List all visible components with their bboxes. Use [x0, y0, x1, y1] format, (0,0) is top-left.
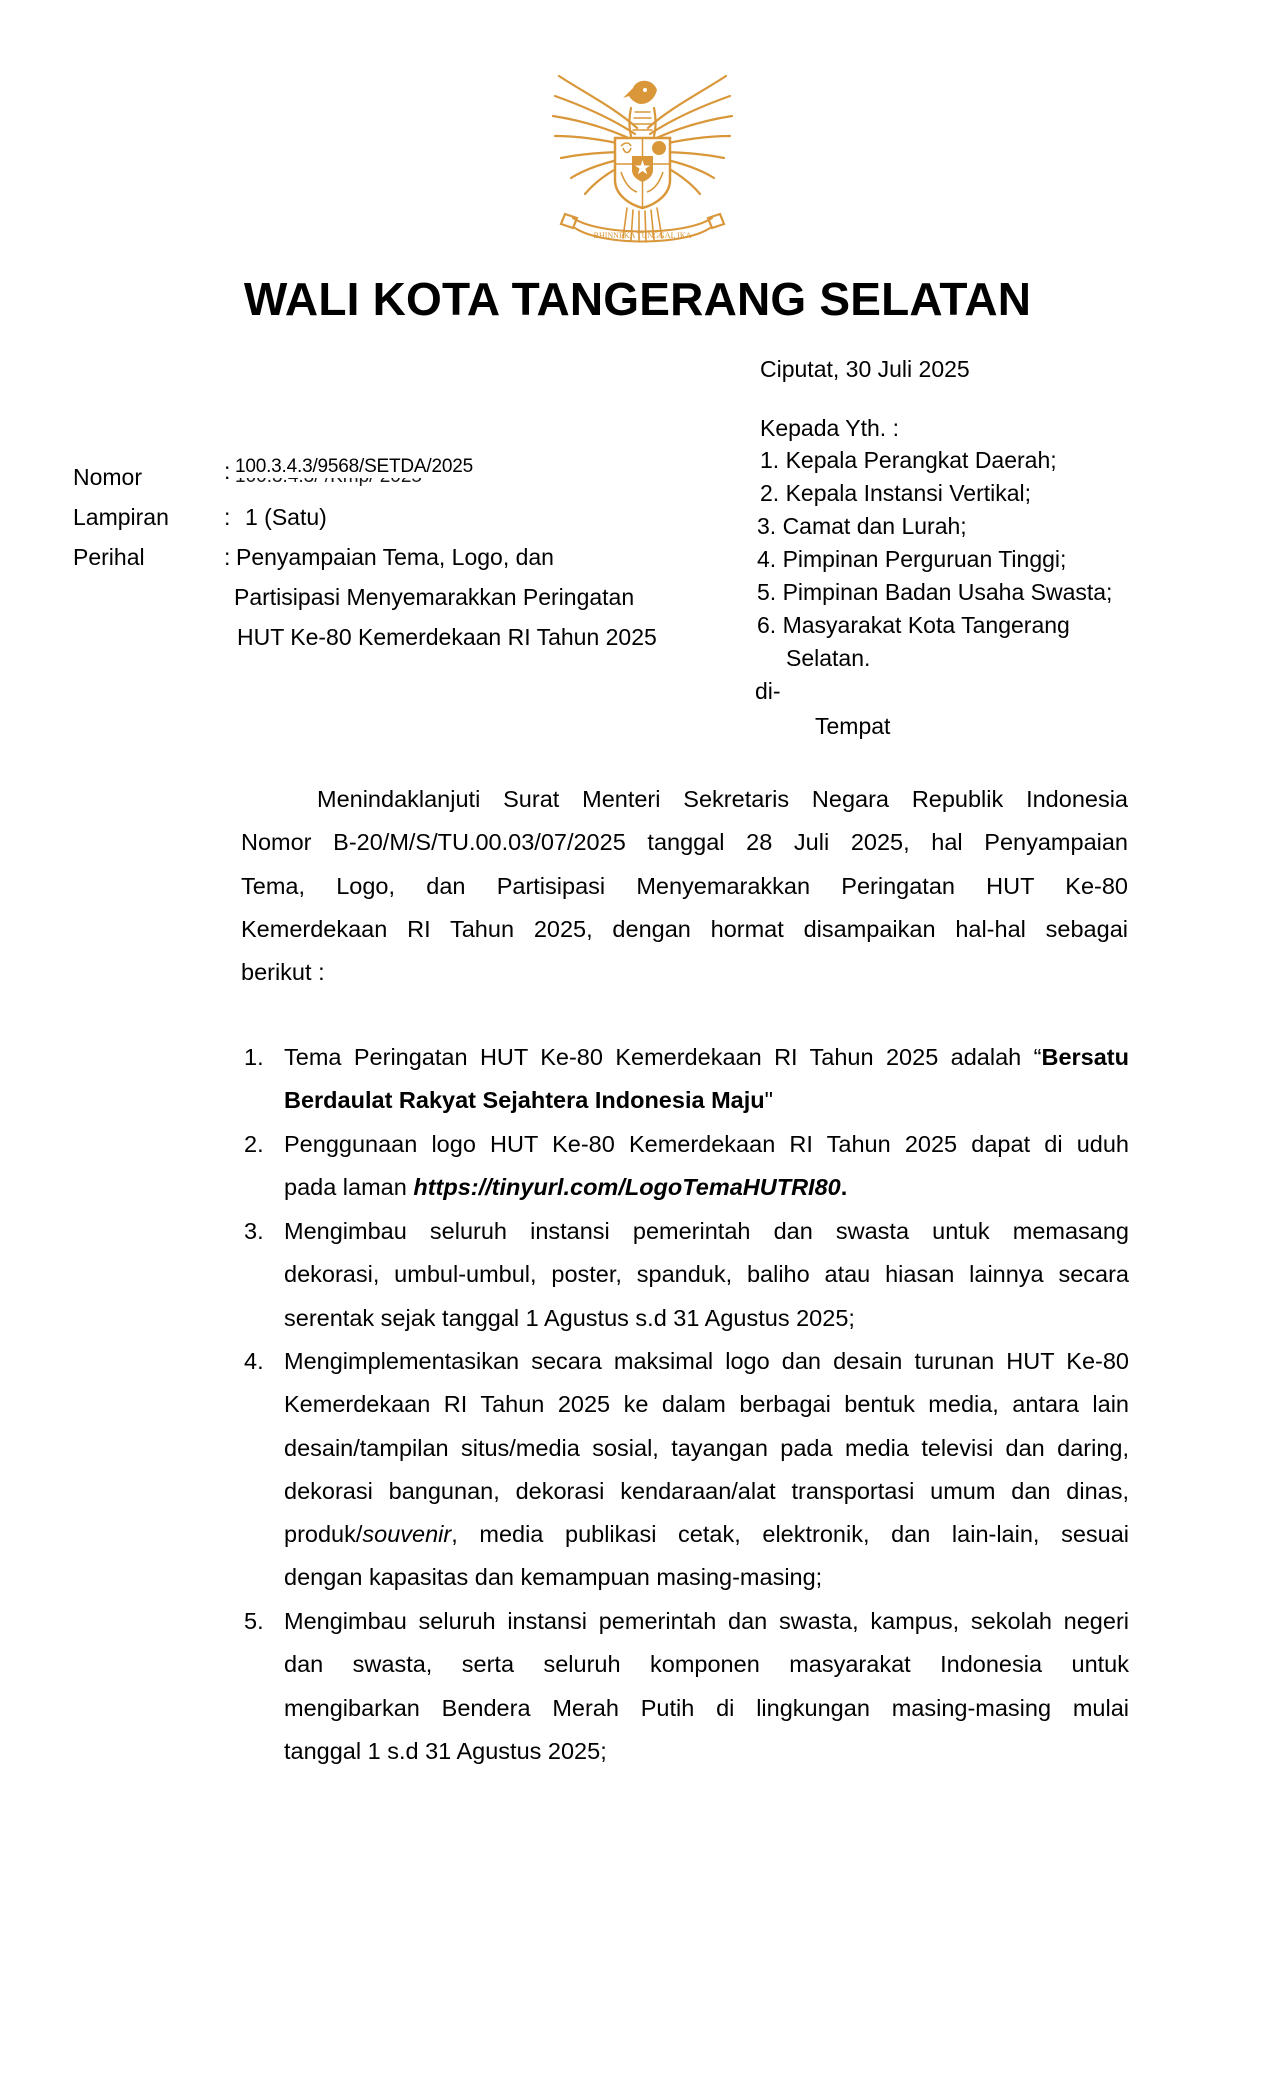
perihal-colon: :	[224, 541, 230, 574]
list-line: dekorasi bangunan, dekorasi kendaraan/al…	[284, 1470, 1129, 1513]
perihal-line: Penyampaian Tema, Logo, dan	[236, 541, 554, 574]
closing-quote: "	[765, 1087, 773, 1113]
link-intro-text: pada laman	[284, 1174, 413, 1200]
list-line: Penggunaan logo HUT Ke-80 Kemerdekaan RI…	[284, 1123, 1129, 1166]
list-line: Kemerdekaan RI Tahun 2025 ke dalam berba…	[284, 1383, 1129, 1426]
nomor-value: 100.3.4.3/9568/SETDA/2025	[235, 456, 473, 478]
italic-term: souvenir	[362, 1521, 451, 1547]
perihal-label: Perihal	[73, 541, 145, 574]
intro-paragraph: Menindaklanjuti Surat Menteri Sekretaris…	[241, 778, 1128, 994]
recipient-item: 6. Masyarakat Kota Tangerang	[757, 609, 1070, 642]
list-line: dekorasi, umbul-umbul, poster, spanduk, …	[284, 1253, 1129, 1296]
garuda-emblem-icon: BHINNEKA TUNGGAL IKA	[545, 68, 740, 253]
text-segment: , media publikasi cetak, elektronik, dan…	[451, 1521, 1129, 1547]
recipient-greeting: Kepada Yth. :	[760, 412, 899, 445]
list-line: mengibarkan Bendera Merah Putih di lingk…	[284, 1687, 1129, 1730]
list-line: tanggal 1 s.d 31 Agustus 2025;	[284, 1730, 1129, 1773]
list-line: pada laman https://tinyurl.com/LogoTemaH…	[284, 1166, 1129, 1209]
list-line: serentak sejak tanggal 1 Agustus s.d 31 …	[284, 1297, 1129, 1340]
logo-download-link[interactable]: https://tinyurl.com/LogoTemaHUTRI80	[413, 1174, 840, 1200]
perihal-line: Partisipasi Menyemarakkan Peringatan	[234, 581, 634, 614]
list-line: dengan kapasitas dan kemampuan masing-ma…	[284, 1556, 1129, 1599]
list-line: desain/tampilan situs/media sosial, taya…	[284, 1427, 1129, 1470]
paragraph-line: berikut :	[241, 951, 1128, 994]
place-date: Ciputat, 30 Juli 2025	[760, 353, 970, 386]
recipient-di: di-	[755, 675, 781, 708]
recipient-item-continued: Selatan.	[786, 642, 870, 675]
paragraph-line: Nomor B-20/M/S/TU.00.03/07/2025 tanggal …	[241, 821, 1128, 864]
list-line: produk/souvenir, media publikasi cetak, …	[284, 1513, 1129, 1556]
emblem-ribbon-text: BHINNEKA TUNGGAL IKA	[594, 231, 692, 240]
recipient-item: 3. Camat dan Lurah;	[757, 510, 967, 543]
paragraph-line: Menindaklanjuti Surat Menteri Sekretaris…	[241, 778, 1128, 821]
list-line: Mengimbau seluruh instansi pemerintah da…	[284, 1210, 1129, 1253]
lampiran-value: 1 (Satu)	[245, 501, 327, 534]
list-line: Mengimplementasikan secara maksimal logo…	[284, 1340, 1129, 1383]
list-line: dan swasta, serta seluruh komponen masya…	[284, 1643, 1129, 1686]
list-number: 1.	[244, 1036, 284, 1079]
recipient-tempat: Tempat	[815, 710, 890, 743]
period: .	[841, 1174, 848, 1200]
recipient-item: 1. Kepala Perangkat Daerah;	[760, 444, 1057, 477]
perihal-line: HUT Ke-80 Kemerdekaan RI Tahun 2025	[237, 621, 657, 654]
list-line: Tema Peringatan HUT Ke-80 Kemerdekaan RI…	[284, 1036, 1129, 1079]
nomor-colon: :	[224, 455, 230, 488]
paragraph-line: Tema, Logo, dan Partisipasi Menyemarakka…	[241, 865, 1128, 908]
list-number: 4.	[244, 1340, 284, 1383]
list-line: Mengimbau seluruh instansi pemerintah da…	[284, 1600, 1129, 1643]
page-title: WALI KOTA TANGERANG SELATAN	[0, 272, 1275, 326]
theme-text-bold: Berdaulat Rakyat Sejahtera Indonesia Maj…	[284, 1087, 765, 1113]
list-number: 2.	[244, 1123, 284, 1166]
letter-page: BHINNEKA TUNGGAL IKA WALI KOTA TANGERANG…	[0, 0, 1275, 2100]
recipient-item: 4. Pimpinan Perguruan Tinggi;	[757, 543, 1066, 576]
nomor-label: Nomor	[73, 461, 142, 494]
recipient-item: 5. Pimpinan Badan Usaha Swasta;	[757, 576, 1112, 609]
recipient-item: 2. Kepala Instansi Vertikal;	[760, 477, 1031, 510]
list-number: 5.	[244, 1600, 284, 1643]
text-segment: produk/	[284, 1521, 362, 1547]
lampiran-colon: :	[224, 501, 230, 534]
paragraph-line: Kemerdekaan RI Tahun 2025, dengan hormat…	[241, 908, 1128, 951]
list-line: Berdaulat Rakyat Sejahtera Indonesia Maj…	[284, 1079, 1129, 1122]
lampiran-label: Lampiran	[73, 501, 169, 534]
theme-text-bold: Bersatu	[1041, 1044, 1129, 1070]
theme-intro-text: Tema Peringatan HUT Ke-80 Kemerdekaan RI…	[284, 1044, 1041, 1070]
list-number: 3.	[244, 1210, 284, 1253]
